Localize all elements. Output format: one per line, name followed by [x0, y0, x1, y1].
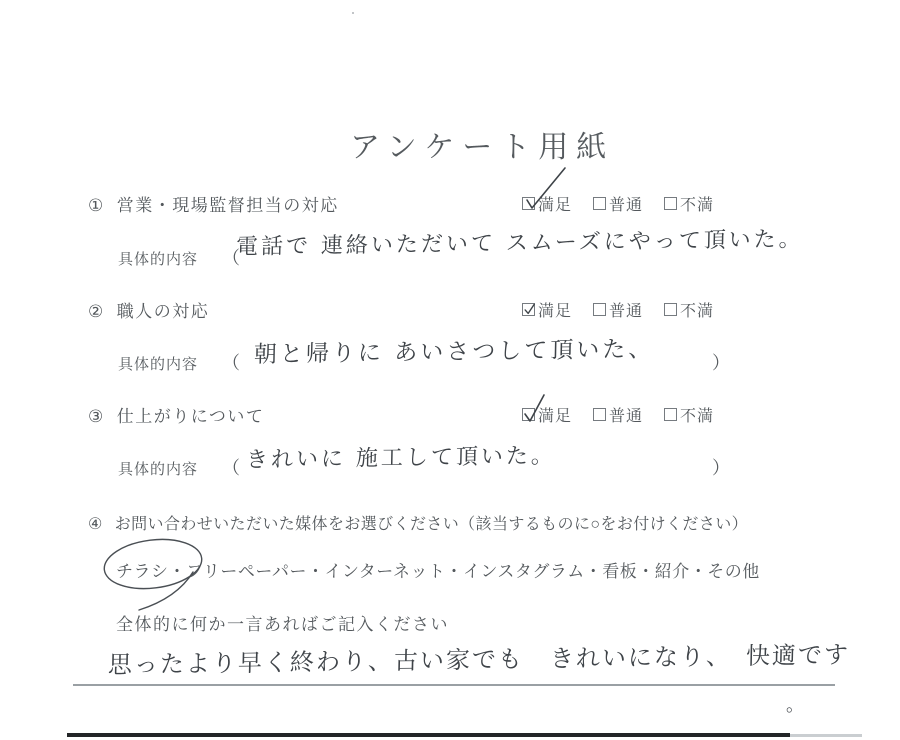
comment-period: 。: [786, 691, 804, 717]
checkbox-label: 不満: [680, 192, 714, 215]
page-bottom-rule: [67, 733, 790, 737]
checkbox-icon[interactable]: [522, 197, 535, 210]
scan-speck: [352, 12, 354, 14]
checkbox-icon[interactable]: [593, 303, 606, 316]
checkbox-icon[interactable]: [522, 408, 535, 421]
q2-option-dissatisfied[interactable]: 不満: [664, 298, 714, 321]
question-3-number: ③: [88, 407, 105, 426]
question-3-row: ③仕上がりについて: [88, 402, 264, 427]
checkbox-icon[interactable]: [522, 303, 535, 316]
q1-option-dissatisfied[interactable]: 不満: [664, 192, 714, 215]
question-4-label: お問い合わせいただいた媒体をお選びください（該当するものに○をお付けください）: [115, 516, 748, 533]
q2-detail-label: 具体的内容: [118, 353, 198, 374]
form-title: アンケート用紙: [350, 122, 614, 166]
page-bottom-rule-faded: [790, 734, 862, 737]
checkbox-label: 満足: [538, 298, 572, 321]
question-2-label: 職人の対応: [117, 302, 210, 321]
checkmark-icon: [520, 165, 568, 213]
checkbox-label: 普通: [609, 403, 643, 426]
q2-option-satisfied[interactable]: 満足: [522, 298, 572, 321]
q2-open-paren: （: [222, 349, 240, 375]
handdrawn-circle-chirashi: [97, 536, 209, 611]
q3-close-paren: ）: [712, 454, 730, 480]
comment-prompt: 全体的に何か一言あればご記入ください: [116, 610, 449, 635]
checkbox-icon[interactable]: [664, 303, 677, 316]
checkbox-label: 不満: [680, 403, 714, 426]
q1-option-normal[interactable]: 普通: [593, 192, 643, 215]
checkbox-icon[interactable]: [664, 197, 677, 210]
comment-underline: [73, 684, 835, 686]
checkbox-label: 普通: [609, 298, 643, 321]
question-3-options: 満足 普通 不満: [522, 403, 714, 426]
question-1-options: 満足 普通 不満: [522, 192, 714, 215]
q1-option-satisfied[interactable]: 満足: [522, 192, 572, 215]
checkbox-icon[interactable]: [593, 408, 606, 421]
checkmark-icon: [523, 303, 536, 316]
checkbox-label: 不満: [680, 298, 714, 321]
checkmark-icon: [521, 392, 547, 424]
q3-option-normal[interactable]: 普通: [593, 403, 643, 426]
q2-close-paren: ）: [712, 349, 730, 375]
survey-form-page: アンケート用紙 ①営業・現場監督担当の対応 満足 普通 不満 具体的内容 （ 電…: [0, 0, 900, 740]
q1-handwritten-answer: 電話で 連絡いただいて スムーズにやって頂いた。: [236, 222, 804, 261]
q2-handwritten-answer: 朝と帰りに あいさつして頂いた、: [254, 330, 655, 369]
checkbox-icon[interactable]: [593, 197, 606, 210]
checkbox-icon[interactable]: [664, 408, 677, 421]
q2-option-normal[interactable]: 普通: [593, 298, 643, 321]
q3-handwritten-answer: きれいに 施工して頂いた。: [246, 439, 557, 474]
question-2-row: ②職人の対応: [88, 297, 209, 322]
question-1-row: ①営業・現場監督担当の対応: [88, 191, 339, 216]
question-3-label: 仕上がりについて: [117, 407, 265, 426]
question-1-number: ①: [88, 196, 105, 215]
question-4-number: ④: [88, 516, 103, 533]
media-options-line[interactable]: チラシ・フリーペーパー・インターネット・インスタグラム・看板・紹介・その他: [116, 557, 760, 582]
q3-option-dissatisfied[interactable]: 不満: [664, 403, 714, 426]
question-1-label: 営業・現場監督担当の対応: [117, 196, 339, 215]
question-2-number: ②: [88, 302, 105, 321]
comment-handwritten-answer: 思ったより早く終わり、古い家でも きれいになり、 快適です: [108, 635, 851, 680]
checkbox-label: 普通: [609, 192, 643, 215]
q1-detail-label: 具体的内容: [118, 248, 198, 269]
q3-detail-label: 具体的内容: [118, 458, 198, 479]
q3-option-satisfied[interactable]: 満足: [522, 403, 572, 426]
question-4-row: ④お問い合わせいただいた媒体をお選びください（該当するものに○をお付けください）: [88, 511, 748, 534]
question-2-options: 満足 普通 不満: [522, 298, 714, 321]
q3-open-paren: （: [222, 454, 240, 480]
